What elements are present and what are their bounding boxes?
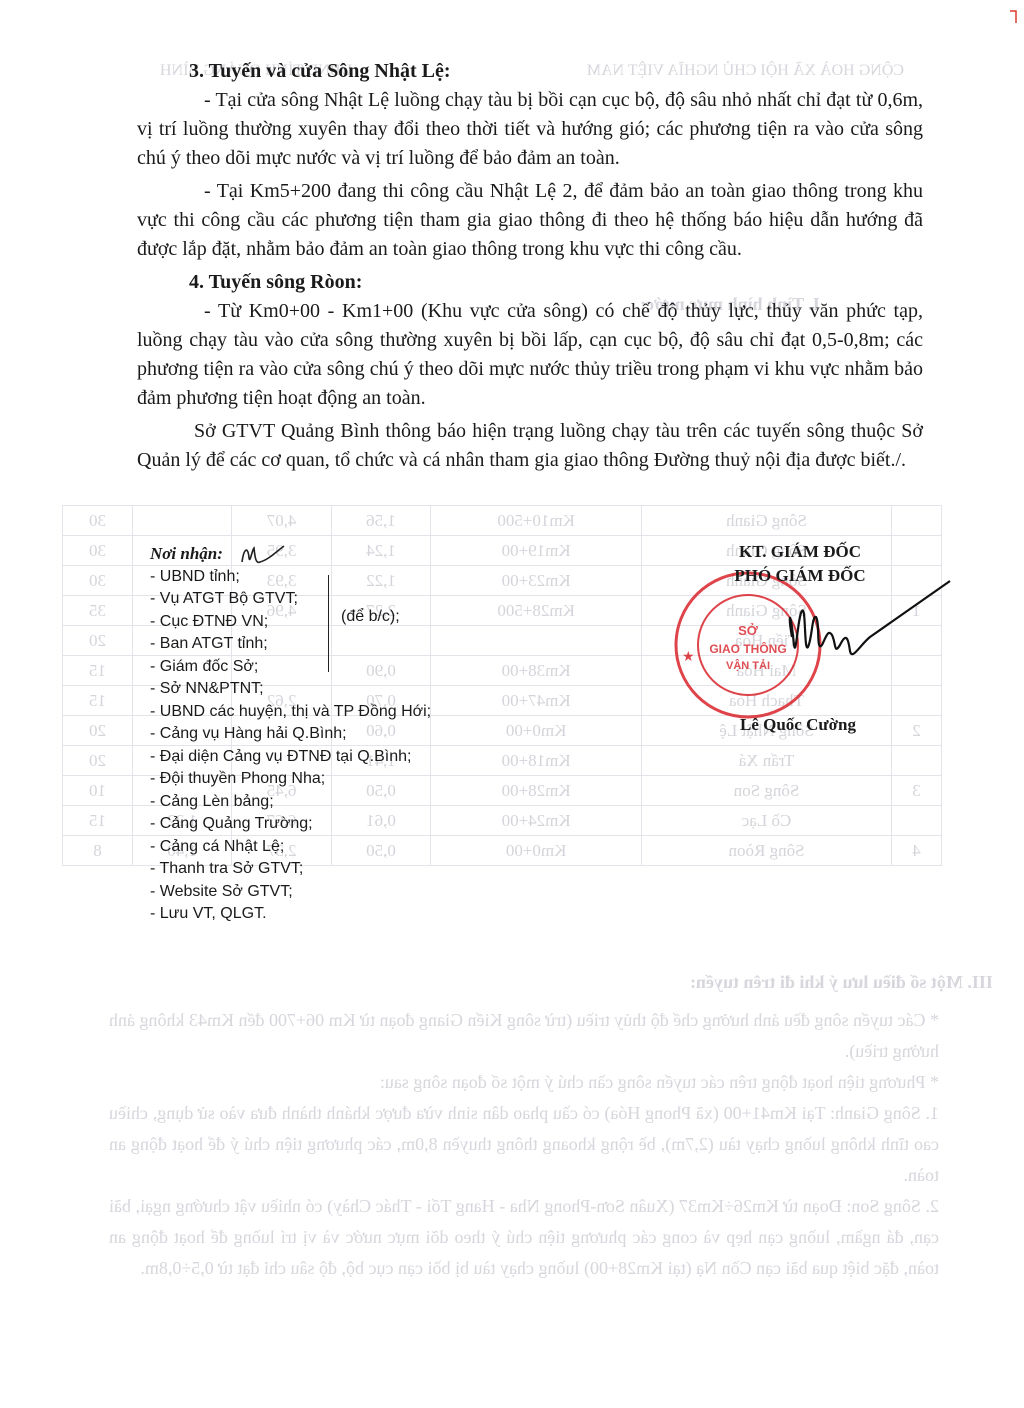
recipient-item: - Cảng vụ Hàng hải Q.Bình; xyxy=(150,723,431,746)
section-heading-roon: 4. Tuyến sông Ròon: xyxy=(137,268,923,297)
paragraph: - Tại cửa sông Nhật Lệ luồng chạy tàu bị… xyxy=(137,86,923,173)
recipient-item: - Cảng Quảng Trường; xyxy=(150,813,431,836)
svg-text:★: ★ xyxy=(682,650,695,665)
corner-mark-icon xyxy=(1010,10,1018,24)
recipient-item: - UBND các huyện, thị và TP Đồng Hới; xyxy=(150,701,431,724)
recipient-item: - Đại diện Cảng vụ ĐTNĐ tại Q.Bình; xyxy=(150,746,431,769)
initials-mark-icon xyxy=(238,542,288,568)
paragraph: - Tại Km5+200 đang thi công cầu Nhật Lệ … xyxy=(137,177,923,264)
recipients-bracket xyxy=(328,575,329,672)
recipients-title: Nơi nhận: xyxy=(150,543,431,566)
recipient-item: - Đội thuyền Phong Nha; xyxy=(150,768,431,791)
handwritten-signature-icon xyxy=(760,575,960,685)
svg-text:SỞ: SỞ xyxy=(738,623,759,638)
bracket-note: (để b/c); xyxy=(341,608,400,626)
signer-role-1: KT. GIÁM ĐỐC xyxy=(700,540,900,564)
recipient-item: - Sở NN&PTNT; xyxy=(150,678,431,701)
section-heading-nhat-le: 3. Tuyến và cửa Sông Nhật Lệ: xyxy=(137,57,923,86)
paragraph: - Từ Km0+00 - Km1+00 (Khu vực cửa sông) … xyxy=(137,297,923,413)
recipient-item: - UBND tỉnh; xyxy=(150,566,431,589)
recipient-item: - Lưu VT, QLGT. xyxy=(150,903,431,926)
recipients-block: Nơi nhận: - UBND tỉnh;- Vụ ATGT Bộ GTVT;… xyxy=(150,543,431,926)
recipient-item: - Ban ATGT tỉnh; xyxy=(150,633,431,656)
signer-name: Lê Quốc Cường xyxy=(740,715,856,735)
recipient-item: - Cảng cá Nhật Lệ; xyxy=(150,836,431,859)
recipient-item: - Giám đốc Sở; xyxy=(150,656,431,679)
closing-paragraph: Sở GTVT Quảng Bình thông báo hiện trạng … xyxy=(137,417,923,475)
recipient-item: - Website Sở GTVT; xyxy=(150,881,431,904)
document-page: 3. Tuyến và cửa Sông Nhật Lệ: - Tại cửa … xyxy=(0,0,1024,1408)
recipient-item: - Cảng Lèn bảng; xyxy=(150,791,431,814)
document-body: 3. Tuyến và cửa Sông Nhật Lệ: - Tại cửa … xyxy=(137,57,923,475)
recipient-item: - Thanh tra Sở GTVT; xyxy=(150,858,431,881)
